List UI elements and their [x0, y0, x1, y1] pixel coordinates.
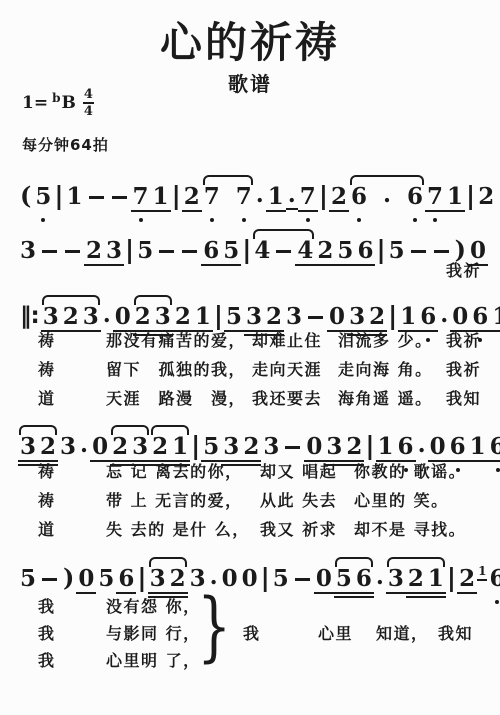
lyric-segment: 知道，	[376, 621, 429, 644]
lyric-row: 道失 去的 是什 么，我又 祈求却不是 寻找。	[0, 517, 500, 543]
note-group: 2	[457, 567, 477, 590]
music-line-1: (5|171|277.1.7|26.671|2|	[0, 162, 500, 208]
note: 2	[173, 305, 193, 328]
note: 2	[344, 435, 364, 458]
note-group: |	[190, 433, 201, 458]
note-group: |	[446, 565, 457, 590]
note: 3	[284, 305, 304, 328]
note: 0	[428, 435, 448, 458]
note: 2	[182, 185, 202, 208]
lyric-row: 我祈	[0, 258, 500, 284]
dash-extension	[42, 578, 57, 581]
lyric-segment: 我祈	[446, 328, 481, 351]
key-prefix: 1=	[22, 93, 48, 113]
note-group: |	[364, 433, 375, 458]
time-signature: 4 4	[83, 88, 94, 118]
note: 1	[426, 567, 446, 590]
note: 7	[234, 185, 254, 208]
note: 0	[76, 567, 96, 590]
note-group: 032	[327, 305, 387, 328]
note-group: 1.7	[266, 185, 318, 208]
lyric-segment: 从此 失去	[260, 488, 337, 511]
repeat-sign: ‖:	[18, 305, 41, 328]
note-group: 3	[58, 435, 78, 458]
lyric-segment: 没有怨 你，	[106, 594, 201, 617]
note-group	[496, 196, 500, 208]
note: 1	[490, 305, 500, 328]
note: 2	[329, 185, 349, 208]
note: 1	[376, 435, 396, 458]
note-group: 0	[240, 567, 260, 590]
lyric-segment: 我知	[446, 386, 481, 409]
barline: |	[213, 303, 224, 328]
lyric-segment: 我祈	[446, 357, 481, 380]
note: 6	[418, 305, 438, 328]
barline: |	[318, 183, 329, 208]
dash-extension	[285, 446, 300, 449]
lyric-segment: 祷	[38, 328, 56, 351]
note-group: .	[374, 567, 386, 590]
lyric-segment: 却不是 寻找。	[354, 517, 466, 540]
lyric-row: 我心里明 了，	[0, 648, 500, 674]
barline: |	[53, 183, 64, 208]
note: 0	[304, 435, 324, 458]
dash-extension	[276, 250, 291, 253]
lyric-segment: 海角遥 遥。	[338, 386, 433, 409]
tie-group: 32	[18, 435, 58, 458]
note: 6	[405, 185, 425, 208]
tempo-marking: 每分钟64拍	[22, 134, 109, 155]
note: 6	[470, 305, 490, 328]
lyric-row: 祷忘 记 离去的你，却又 唱起你教的 歌谣。	[0, 459, 500, 485]
note-group	[85, 196, 131, 208]
note-group: |	[53, 183, 64, 208]
dash-extension	[308, 316, 323, 319]
dot: .	[438, 303, 450, 326]
parenthesis: )	[61, 566, 76, 590]
lyric-segment: 我还要去	[252, 386, 322, 409]
note-group: 5	[271, 567, 291, 590]
lyric-segment: 我知	[438, 621, 473, 644]
barline: |	[465, 183, 476, 208]
note: 5	[334, 567, 354, 590]
lyric-segment: 走向海 角。	[338, 357, 433, 380]
lyric-segment: 走向天涯	[252, 357, 322, 380]
note-group: ‖:	[18, 305, 41, 328]
lyric-row: 道天涯 路漫 漫，我还要去海角遥 遥。我知	[0, 386, 500, 412]
dot: .	[254, 183, 266, 206]
dot: .	[381, 183, 393, 206]
note: 3	[81, 305, 101, 328]
dash-extension	[411, 250, 426, 253]
note: 5	[224, 305, 244, 328]
note-group	[291, 578, 314, 590]
dot: .	[286, 183, 298, 206]
note-group: 71	[425, 185, 465, 208]
note: 2	[61, 305, 81, 328]
lyric-segment: 天涯 路漫 漫，	[106, 386, 246, 409]
note-group: 2	[182, 185, 202, 208]
note: 3	[18, 435, 38, 458]
note: 2	[133, 305, 153, 328]
note: 3	[244, 305, 264, 328]
dash-extension	[159, 250, 174, 253]
note: 7	[131, 185, 151, 208]
note: 6	[488, 435, 500, 458]
music-line-4: 323.02321|5323032|16.0616|65.00	[0, 412, 500, 458]
note: 1	[445, 185, 465, 208]
note: 3	[153, 305, 173, 328]
time-unit: 4	[84, 105, 93, 118]
note-group: 5	[18, 567, 38, 590]
key-signature: 1=bB 4 4	[22, 88, 94, 118]
lyric-segment: 道	[38, 517, 56, 540]
barline: |	[260, 565, 271, 590]
note: 6	[116, 567, 136, 590]
note-group: 0	[314, 567, 334, 590]
note-group: 532	[201, 435, 261, 458]
note-group: 3	[284, 305, 304, 328]
note-group: 5	[96, 567, 116, 590]
lyric-row: 我与影同 行，我心里知道，我知	[0, 621, 500, 647]
dash-extension	[182, 250, 197, 253]
dash-extension	[295, 578, 310, 581]
note: 3	[41, 305, 61, 328]
tie-group: 77	[202, 185, 254, 208]
barline: |	[136, 565, 147, 590]
dot: .	[101, 303, 113, 326]
note: 2	[110, 435, 130, 458]
lyric-segment: 却又 唱起	[260, 459, 337, 482]
note-group: .	[438, 305, 450, 328]
note-group: (5	[18, 184, 53, 208]
lyric-segment: 与影同 行，	[106, 621, 201, 644]
note: 1	[193, 305, 213, 328]
lyric-segment: 失 去的 是什 么，	[106, 517, 250, 540]
dash-extension	[434, 250, 449, 253]
note: 0	[113, 305, 133, 328]
song-title: 心的祈祷	[0, 10, 500, 70]
dot: .	[374, 565, 386, 588]
note-group: |	[260, 565, 271, 590]
lyric-segment: 我又 祈求	[260, 517, 337, 540]
note-group: 6	[116, 567, 136, 590]
note: 6	[349, 185, 369, 208]
note-group: |	[387, 303, 398, 328]
tie-group: 321	[386, 567, 446, 590]
note: 2	[367, 305, 387, 328]
note: 3	[347, 305, 367, 328]
note-group: 2	[476, 185, 496, 208]
note: 3	[261, 435, 281, 458]
note: 3	[58, 435, 78, 458]
note: 2	[476, 185, 496, 208]
note: 0	[450, 305, 470, 328]
note-group: |	[136, 565, 147, 590]
note: 2	[38, 435, 58, 458]
lyric-segment: 我	[38, 594, 56, 617]
key-letter: B	[61, 93, 75, 113]
tie-group: 56	[334, 567, 374, 590]
note-group: )0	[61, 566, 96, 590]
tie-group: 21	[150, 435, 190, 458]
note-group: 3	[261, 435, 281, 458]
lyric-segment: 心里明 了，	[106, 648, 201, 671]
note-group: |	[465, 183, 476, 208]
lyric-segment: 你教的 歌谣。	[354, 459, 466, 482]
note-group: 1	[65, 185, 85, 208]
note: 1	[266, 185, 286, 208]
music-line-5: 5)056|323.00|5056.321|216.061|	[0, 544, 500, 590]
note: 2	[168, 567, 188, 590]
note: 5	[18, 567, 38, 590]
lyric-segment: 心里的 笑。	[354, 488, 449, 511]
note: 1	[468, 435, 488, 458]
note: 6	[448, 435, 468, 458]
note-group: 2	[329, 185, 349, 208]
lyric-segment: 祷	[38, 357, 56, 380]
note: 1	[151, 185, 171, 208]
note: 0	[240, 567, 260, 590]
barline: |	[171, 183, 182, 208]
lyric-row: 祷那没有痛苦的爱，却难止住泪流多 少。我祈	[0, 328, 500, 354]
lyric-segment: 心里	[318, 621, 353, 644]
lyric-row: 我没有怨 你，	[0, 594, 500, 620]
note: 6	[487, 567, 500, 590]
grace-note: 1	[477, 565, 487, 577]
lyric-segment: 道	[38, 386, 56, 409]
lyric-segment: 带 上 无言的爱，	[106, 488, 243, 511]
note-group: 0	[113, 305, 133, 328]
note: 5	[271, 567, 291, 590]
note-group: .	[416, 435, 428, 458]
barline: |	[190, 433, 201, 458]
note: 2	[264, 305, 284, 328]
tie-group: 23	[133, 305, 173, 328]
barline: |	[364, 433, 375, 458]
lyric-segment: 忘 记 离去的你，	[106, 459, 243, 482]
note: 6	[354, 567, 374, 590]
note: 3	[148, 567, 168, 590]
lyric-segment: 我祈	[446, 258, 481, 281]
note: 5	[33, 185, 53, 208]
verse-brace: }	[197, 588, 231, 664]
lyric-segment: 却难止住	[252, 328, 322, 351]
music-line-2: 323|565|44256|5)012|	[0, 216, 500, 262]
music-line-3: ‖:323.02321|5323032|16.0616|5012|	[0, 282, 500, 328]
note: 6	[396, 435, 416, 458]
note-group: 032	[304, 435, 364, 458]
note-group: |	[318, 183, 329, 208]
note: 1	[65, 185, 85, 208]
dash-extension	[112, 196, 127, 199]
lyric-row: 祷留下 孤独的我，走向天涯走向海 角。我祈	[0, 357, 500, 383]
note: 2	[457, 567, 477, 590]
dash-extension	[65, 250, 80, 253]
note: 2	[150, 435, 170, 458]
note: 5	[96, 567, 116, 590]
note-group: 16	[477, 565, 500, 590]
note-group: .	[254, 185, 266, 208]
tie-group: 323	[41, 305, 101, 328]
note: 5	[201, 435, 221, 458]
note-group: 532	[224, 305, 284, 328]
note-group	[281, 446, 304, 458]
note-group: 16	[376, 435, 416, 458]
flat-sign: b	[52, 91, 60, 105]
barline: |	[446, 565, 457, 590]
note: 0	[314, 567, 334, 590]
note-group	[38, 578, 61, 590]
note: 3	[386, 567, 406, 590]
lyric-segment: 我	[38, 621, 56, 644]
note-group: 0616	[428, 435, 500, 458]
lyric-segment: 祷	[38, 488, 56, 511]
barline: |	[387, 303, 398, 328]
note-group: 71	[131, 185, 171, 208]
note-group: 0616	[450, 305, 500, 328]
dash-extension	[42, 250, 57, 253]
note: 7	[202, 185, 222, 208]
tie-group: 32	[148, 567, 188, 590]
tie-group: 6.6	[349, 185, 425, 208]
lyric-segment: 留下 孤独的我，	[106, 357, 246, 380]
note-group: 21	[173, 305, 213, 328]
music-sheet: 心的祈祷 歌谱 1=bB 4 4 每分钟64拍 (5|171|277.1.7|2…	[0, 0, 500, 715]
parenthesis: (	[18, 184, 33, 208]
dot: .	[78, 433, 90, 456]
note-group: .	[101, 305, 113, 328]
tie-group: 23	[110, 435, 150, 458]
note: 3	[221, 435, 241, 458]
dot: .	[416, 433, 428, 456]
dash-extension	[89, 196, 104, 199]
note: 7	[298, 185, 318, 208]
note: 0	[327, 305, 347, 328]
note: 3	[130, 435, 150, 458]
note: 1	[170, 435, 190, 458]
lyric-row: 祷带 上 无言的爱，从此 失去心里的 笑。	[0, 488, 500, 514]
note: 3	[324, 435, 344, 458]
note-group: 0	[90, 435, 110, 458]
note-group	[304, 316, 327, 328]
lyric-segment: 泪流多 少。	[338, 328, 433, 351]
note: 1	[398, 305, 418, 328]
note: 2	[406, 567, 426, 590]
lyric-segment: 祷	[38, 459, 56, 482]
lyric-segment: 我	[38, 648, 56, 671]
note: 0	[90, 435, 110, 458]
lyric-segment: 我	[243, 621, 261, 644]
note-group: |	[213, 303, 224, 328]
time-beats: 4	[84, 88, 93, 101]
lyric-segment: 那没有痛苦的爱，	[106, 328, 246, 351]
note: 7	[425, 185, 445, 208]
note: 2	[241, 435, 261, 458]
note-group: |	[171, 183, 182, 208]
note-group: 16	[398, 305, 438, 328]
note-group: .	[78, 435, 90, 458]
